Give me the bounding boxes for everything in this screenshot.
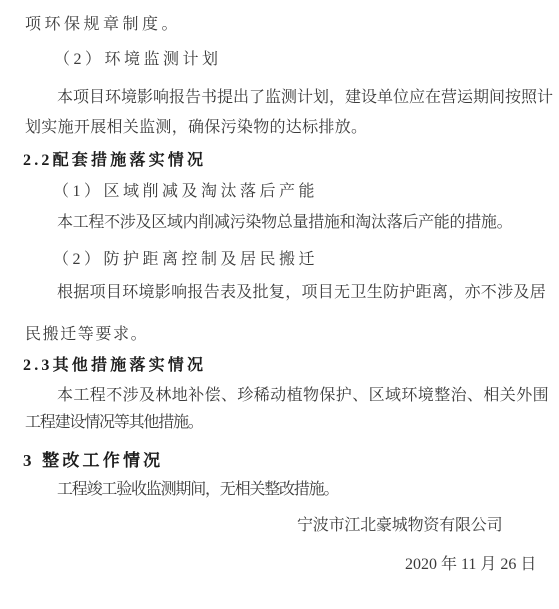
paragraph-other-measures-line-1: 本工程不涉及林地补偿、珍稀动植物保护、区域环境整治、相关外围 bbox=[57, 386, 549, 405]
paragraph-other-measures-line-2: 工程建设情况等其他措施。 bbox=[25, 413, 203, 432]
paragraph-tail-regulations: 项环保规章制度。 bbox=[25, 15, 181, 34]
section-heading-2-3: 2.3其他措施落实情况 bbox=[23, 356, 206, 375]
signature-date: 2020 年 11 月 26 日 bbox=[405, 555, 536, 574]
paragraph-monitoring-line-1: 本项目环境影响报告书提出了监测计划，建设单位应在营运期间按照计 bbox=[57, 88, 553, 107]
paragraph-rectification: 工程竣工验收监测期间，无相关整改措施。 bbox=[57, 480, 338, 499]
document-page: 项环保规章制度。 （2）环境监测计划 本项目环境影响报告书提出了监测计划，建设单… bbox=[0, 0, 559, 609]
paragraph-monitoring-line-2: 划实施开展相关监测，确保污染物的达标排放。 bbox=[25, 118, 367, 137]
list-item-heading-capacity-reduction: （1）区域削减及淘汰落后产能 bbox=[53, 182, 318, 201]
section-heading-3: 3 整改工作情况 bbox=[23, 451, 163, 471]
signature-company-name: 宁波市江北豪城物资有限公司 bbox=[297, 516, 502, 535]
section-heading-2-2: 2.2配套措施落实情况 bbox=[23, 151, 206, 170]
list-item-heading-monitoring-plan: （2）环境监测计划 bbox=[54, 50, 222, 69]
paragraph-protection-distance-line-1: 根据项目环境影响报告表及批复，项目无卫生防护距离，亦不涉及居 bbox=[57, 283, 546, 302]
list-item-heading-protection-distance: （2）防护距离控制及居民搬迁 bbox=[53, 250, 318, 269]
paragraph-capacity-reduction: 本工程不涉及区域内削减污染物总量措施和淘汰落后产能的措施。 bbox=[57, 213, 512, 232]
paragraph-protection-distance-line-2: 民搬迁等要求。 bbox=[25, 325, 148, 344]
